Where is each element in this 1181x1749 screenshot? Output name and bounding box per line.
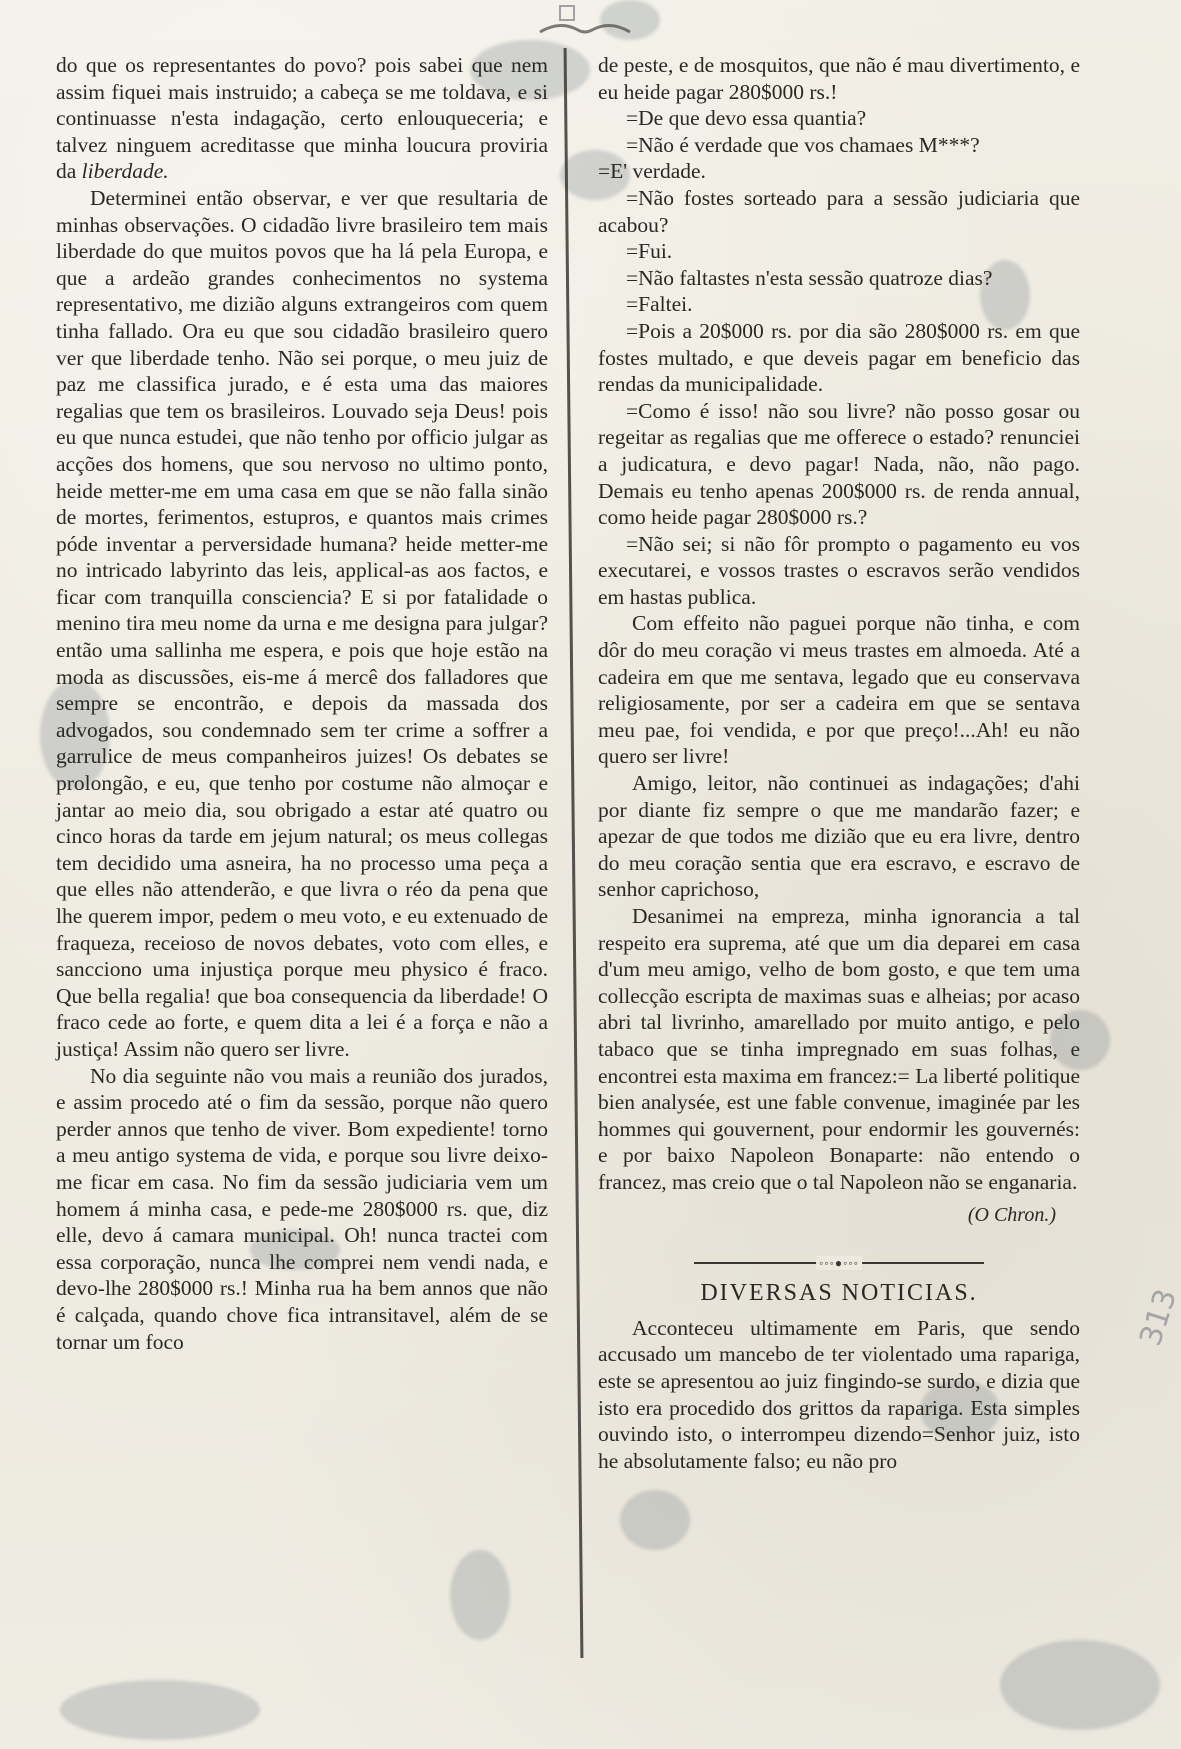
header-ornament-icon — [530, 2, 640, 42]
italic-emphasis: liberdade. — [82, 159, 169, 183]
article-paragraph: Com effeito não paguei porque não tinha,… — [598, 610, 1080, 770]
water-stain — [450, 1550, 510, 1640]
article-paragraph: de peste, e de mosquitos, que não é mau … — [598, 52, 1080, 105]
dialog-line: =Fui. — [598, 238, 1080, 265]
article-paragraph: No dia seguinte não vou mais a reunião d… — [56, 1063, 548, 1356]
dialog-line: =De que devo essa quantia? — [598, 105, 1080, 132]
handwritten-page-number: 313 — [1133, 1285, 1181, 1350]
water-stain — [620, 1490, 690, 1550]
right-column: de peste, e de mosquitos, que não é mau … — [598, 52, 1080, 1474]
left-column: do que os representantes do povo? pois s… — [56, 52, 548, 1355]
news-paragraph: Acconteceu ultimamente em Paris, que sen… — [598, 1315, 1080, 1475]
article-paragraph: Desanimei na empreza, minha ignorancia a… — [598, 903, 1080, 1196]
water-stain — [1000, 1640, 1160, 1730]
dialog-line: =Não faltastes n'esta sessão quatroze di… — [598, 265, 1080, 292]
section-heading: DIVERSAS NOTICIAS. — [598, 1280, 1080, 1307]
dialog-line: =Não é verdade que vos chamaes M***? — [598, 132, 1080, 159]
ornament-knots-icon: ◦◦◦●◦◦◦ — [816, 1256, 862, 1270]
section-divider-ornament: ◦◦◦●◦◦◦ — [694, 1256, 984, 1270]
dialog-line: =Como é isso! não sou livre? não posso g… — [598, 398, 1080, 531]
article-paragraph: Amigo, leitor, não continuei as indagaçõ… — [598, 770, 1080, 903]
dialog-line: =E' verdade. — [598, 158, 1080, 185]
dialog-line: =Pois a 20$000 rs. por dia são 280$000 r… — [598, 318, 1080, 398]
water-stain — [60, 1680, 260, 1740]
article-attribution: (O Chron.) — [598, 1202, 1056, 1229]
newspaper-page: do que os representantes do povo? pois s… — [0, 0, 1181, 1749]
dialog-line: =Faltei. — [598, 291, 1080, 318]
dialog-line: =Não sei; si não fôr prompto o pagamento… — [598, 531, 1080, 611]
article-paragraph: do que os representantes do povo? pois s… — [56, 52, 548, 185]
dialog-line: =Não fostes sorteado para a sessão judic… — [598, 185, 1080, 238]
column-divider — [564, 48, 584, 1658]
article-paragraph: Determinei então observar, e ver que res… — [56, 185, 548, 1063]
